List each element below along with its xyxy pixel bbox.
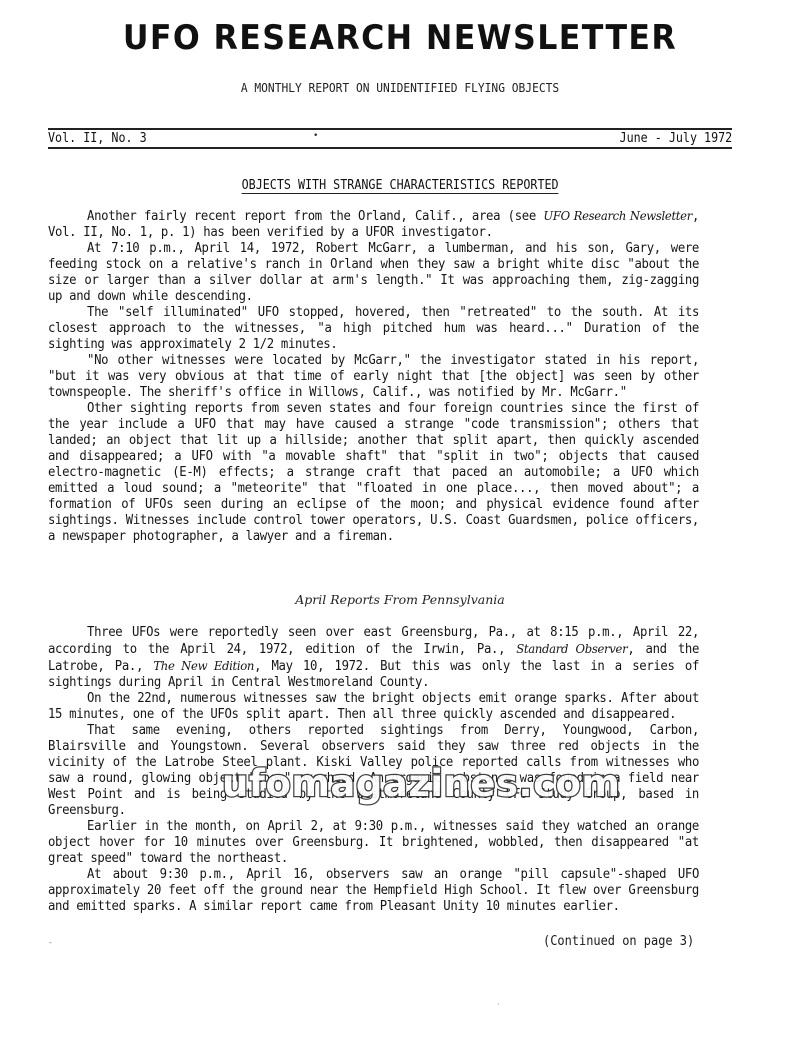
newsletter-masthead: UFO RESEARCH NEWSLETTER [28,18,772,58]
paragraph: At 7:10 p.m., April 14, 1972, Robert McG… [48,241,699,305]
publication-name: Standard Observer [516,641,627,656]
issue-info-band: Vol. II, No. 3 • June - July 1972 [48,128,732,149]
publication-name: UFO Research Newsletter [543,208,692,223]
paragraph: The "self illuminated" UFO stopped, hove… [48,305,699,353]
section-subheading: April Reports From Pennsylvania [0,592,800,607]
print-speck-icon: ‐ [48,938,53,947]
continued-note: (Continued on page 3) [543,934,694,949]
print-speck-icon: ‧ [497,1000,500,1009]
print-speck-icon: • [313,131,318,141]
article-body-part1: Another fairly recent report from the Or… [48,208,699,545]
newsletter-subtitle: A MONTHLY REPORT ON UNIDENTIFIED FLYING … [40,80,760,95]
paragraph: Other sighting reports from seven states… [48,401,699,545]
issue-date: June - July 1972 [619,130,732,147]
paragraph: On the 22nd, numerous witnesses saw the … [48,691,699,723]
paragraph-greensburg: Three UFOs were reportedly seen over eas… [48,625,699,691]
paragraph: At about 9:30 p.m., April 16, observers … [48,867,699,915]
volume-number: Vol. II, No. 3 [48,130,147,147]
paragraph-intro: Another fairly recent report from the Or… [48,208,699,241]
watermark-logo: ufomagazines.com [222,762,582,805]
publication-name: The New Edition [153,658,254,673]
article-title: OBJECTS WITH STRANGE CHARACTERISTICS REP… [0,178,800,194]
paragraph: "No other witnesses were located by McGa… [48,353,699,401]
paragraph: Earlier in the month, on April 2, at 9:3… [48,819,699,867]
